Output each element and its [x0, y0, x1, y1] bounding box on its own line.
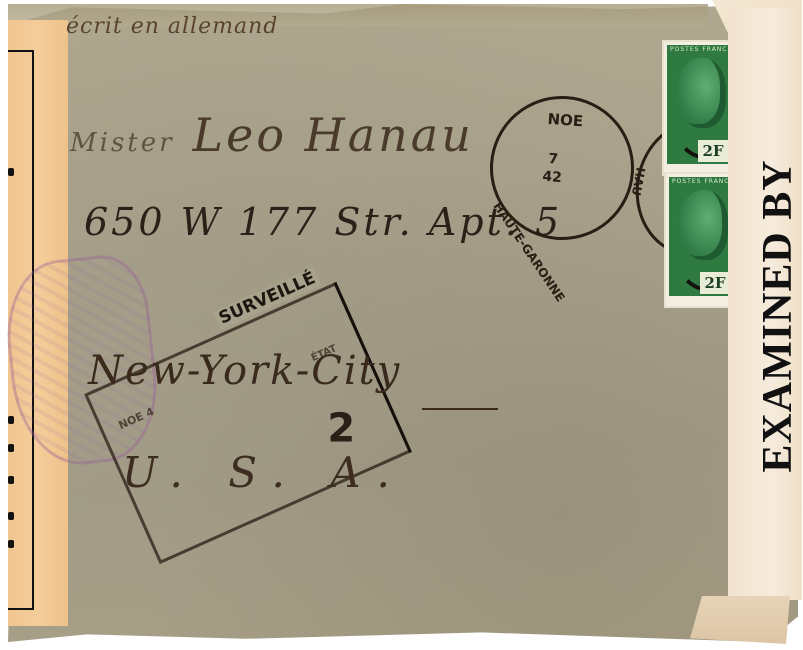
stamp-legend: POSTES FRANCE: [670, 46, 732, 53]
cachet-number: 2: [327, 405, 355, 451]
city-address: New-York-City: [88, 348, 401, 394]
top-handwritten-note: écrit en allemand: [66, 14, 278, 39]
postage-stamp: POSTES FRANCE 2F: [664, 42, 734, 174]
addressee-line: MisterLeo Hanau: [70, 108, 474, 162]
postmark-date: 7 42: [542, 150, 564, 187]
addressee-name: Leo Hanau: [193, 108, 474, 162]
tape-mark: [8, 444, 14, 452]
tape-mark: [8, 512, 14, 520]
country-address: U. S. A.: [122, 448, 406, 497]
censor-label: EXAMINED BY: [754, 159, 802, 472]
cachet-left-text: NOE 4: [117, 405, 157, 432]
city-underline: [422, 408, 498, 410]
postage-stamp: POSTES FRANCE 2F: [666, 174, 736, 306]
right-tape-bottom-fold: [690, 596, 790, 644]
stamp-legend: POSTES FRANCE: [672, 178, 734, 185]
tape-mark: [8, 168, 14, 176]
stamp-value: 2F: [698, 140, 728, 162]
addressee-prefix: Mister: [70, 128, 175, 158]
tape-mark: [8, 476, 14, 484]
stamp-value: 2F: [700, 272, 730, 294]
tape-mark: [8, 416, 14, 424]
tape-mark: [8, 540, 14, 548]
